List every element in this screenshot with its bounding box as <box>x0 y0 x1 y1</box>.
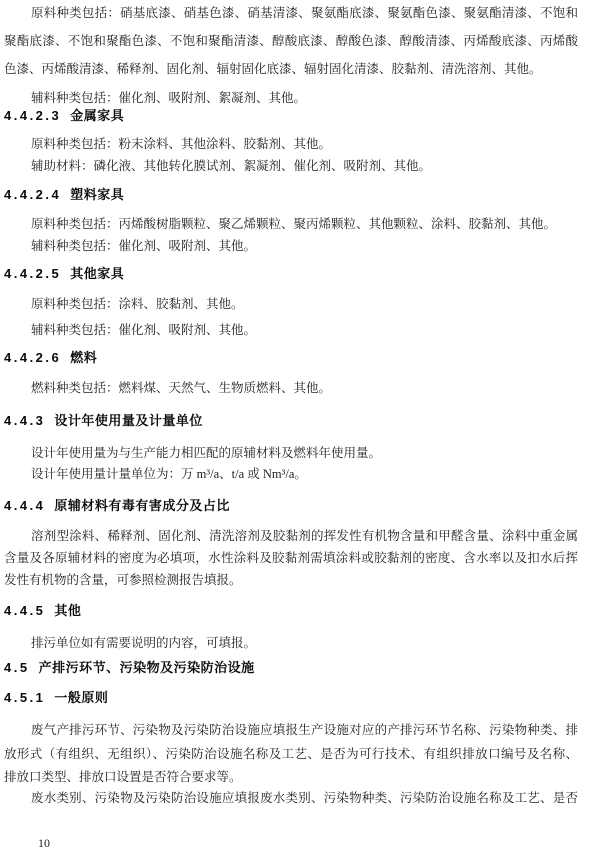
section-heading-4-5: 4.5产排污环节、污染物及污染防治设施 <box>4 660 578 676</box>
body-line: 色漆、丙烯酸清漆、稀释剂、固化剂、辐射固化底漆、辐射固化清漆、胶黏剂、清洗溶剂、… <box>4 61 578 78</box>
section-number: 4.4.5 <box>4 603 45 618</box>
section-heading-4-4-3: 4.4.3设计年使用量及计量单位 <box>4 413 578 429</box>
body-line: 原料种类包括：丙烯酸树脂颗粒、聚乙烯颗粒、聚丙烯颗粒、其他颗粒、涂料、胶黏剂、其… <box>31 216 578 233</box>
section-number: 4.4.2.4 <box>4 187 61 202</box>
section-heading-4-4-5: 4.4.5其他 <box>4 603 578 619</box>
section-number: 4.4.2.3 <box>4 108 61 123</box>
body-line: 原料种类包括：涂料、胶黏剂、其他。 <box>31 296 578 313</box>
section-title: 金属家具 <box>70 108 124 123</box>
section-number: 4.4.2.5 <box>4 266 61 281</box>
body-line: 辅料种类包括：催化剂、吸附剂、其他。 <box>31 322 578 339</box>
body-line: 放形式（有组织、无组织）、污染防治设施名称及工艺、是否为可行技术、有组织排放口编… <box>4 746 578 763</box>
body-line: 发性有机物的含量，可参照检测报告填报。 <box>4 572 578 589</box>
document-page: 原料种类包括：硝基底漆、硝基色漆、硝基清漆、聚氨酯底漆、聚氨酯色漆、聚氨酯清漆、… <box>0 0 592 856</box>
body-line: 溶剂型涂料、稀释剂、固化剂、清洗溶剂及胶黏剂的挥发性有机物含量和甲醛含量、涂料中… <box>31 528 578 545</box>
section-title: 原辅材料有毒有害成分及占比 <box>54 498 230 513</box>
section-heading-4-4-2-3: 4.4.2.3金属家具 <box>4 108 578 124</box>
section-heading-4-4-2-4: 4.4.2.4塑料家具 <box>4 187 578 203</box>
section-title: 其他 <box>54 603 81 618</box>
section-number: 4.4.3 <box>4 413 45 428</box>
body-line: 设计年使用量计量单位为：万 m³/a、t/a 或 Nm³/a。 <box>31 466 578 483</box>
section-number: 4.5.1 <box>4 690 45 705</box>
section-heading-4-5-1: 4.5.1一般原则 <box>4 690 578 706</box>
body-line: 辅料种类包括：催化剂、吸附剂、其他。 <box>31 238 578 255</box>
body-line: 废水类别、污染物及污染防治设施应填报废水类别、污染物种类、污染防治设施名称及工艺… <box>31 790 578 807</box>
section-number: 4.4.2.6 <box>4 350 61 365</box>
section-title: 其他家具 <box>70 266 124 281</box>
section-heading-4-4-2-5: 4.4.2.5其他家具 <box>4 266 578 282</box>
section-number: 4.4.4 <box>4 498 45 513</box>
body-line: 废气产排污环节、污染物及污染防治设施应填报生产设施对应的产排污环节名称、污染物种… <box>31 722 578 739</box>
body-line: 排放口类型、排放口设置是否符合要求等。 <box>4 769 578 786</box>
body-line: 含量及各原辅材料的密度为必填项，水性涂料及胶黏剂需填涂料或胶黏剂的密度、含水率以… <box>4 550 578 567</box>
body-line: 原料种类包括：粉末涂料、其他涂料、胶黏剂、其他。 <box>31 136 578 153</box>
section-title: 一般原则 <box>54 690 108 705</box>
body-line: 排污单位如有需要说明的内容，可填报。 <box>31 635 578 652</box>
body-line: 聚酯底漆、不饱和聚酯色漆、不饱和聚酯清漆、醇酸底漆、醇酸色漆、醇酸清漆、丙烯酸底… <box>4 33 578 50</box>
section-title: 设计年使用量及计量单位 <box>54 413 203 428</box>
section-heading-4-4-4: 4.4.4原辅材料有毒有害成分及占比 <box>4 498 578 514</box>
section-title: 燃料 <box>70 350 97 365</box>
page-number: 10 <box>38 836 50 851</box>
body-line: 辅料种类包括：催化剂、吸附剂、絮凝剂、其他。 <box>31 90 578 107</box>
body-line: 设计年使用量为与生产能力相匹配的原辅材料及燃料年使用量。 <box>31 445 578 462</box>
body-line: 原料种类包括：硝基底漆、硝基色漆、硝基清漆、聚氨酯底漆、聚氨酯色漆、聚氨酯清漆、… <box>31 5 578 22</box>
section-title: 产排污环节、污染物及污染防治设施 <box>39 660 255 675</box>
body-line: 辅助材料：磷化液、其他转化膜试剂、絮凝剂、催化剂、吸附剂、其他。 <box>31 158 578 175</box>
body-line: 燃料种类包括：燃料煤、天然气、生物质燃料、其他。 <box>31 380 578 397</box>
section-heading-4-4-2-6: 4.4.2.6燃料 <box>4 350 578 366</box>
section-number: 4.5 <box>4 660 30 675</box>
section-title: 塑料家具 <box>70 187 124 202</box>
